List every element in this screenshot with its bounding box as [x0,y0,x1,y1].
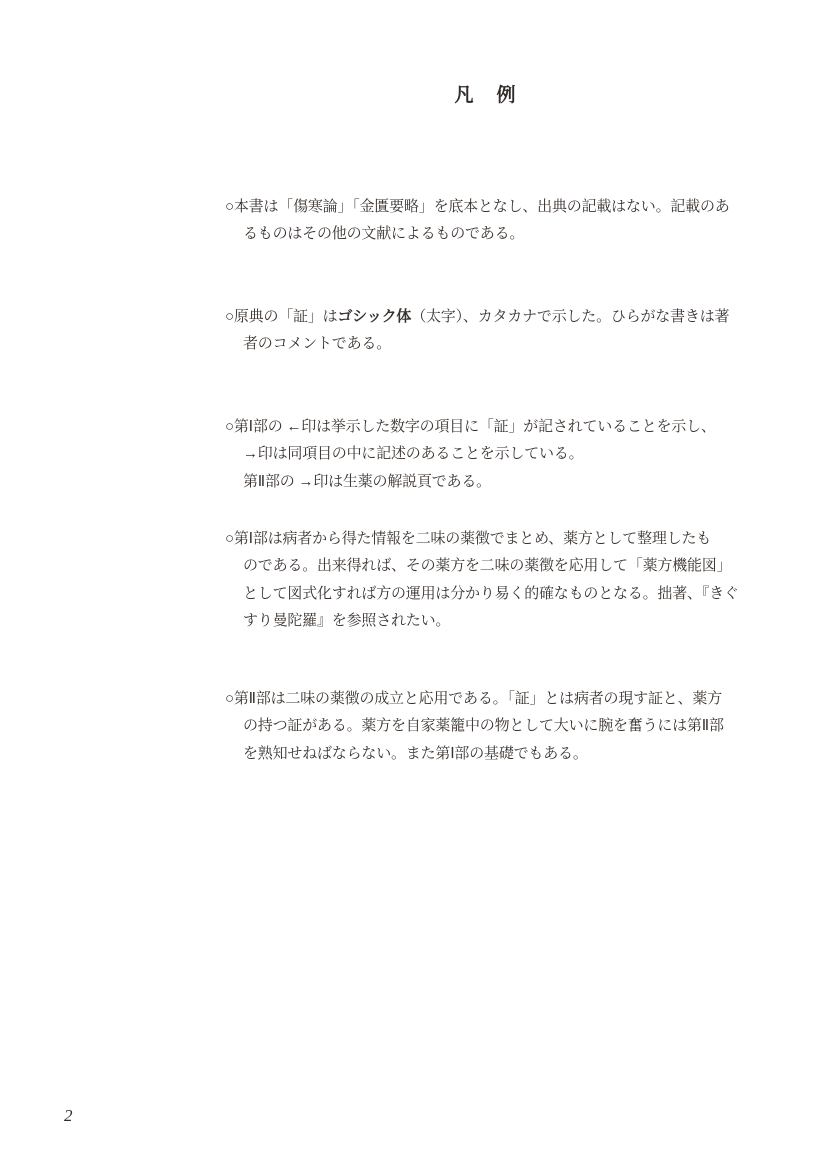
note-item-3: ○第Ⅰ部の ←印は挙示した数字の項目に「証」が記されていることを示し、→印は同項… [225,413,783,495]
note-text: 原典の「証」はゴシック体（太字）、カタカナで示した。ひらがな書きは著者のコメント… [234,308,729,352]
text-segment: →印は同項目の中に記述のあることを示している。 [243,445,583,462]
note-item-2: ○原典の「証」はゴシック体（太字）、カタカナで示した。ひらがな書きは著者のコメン… [225,303,783,358]
text-segment: の持つ証がある。薬方を自家薬籠中の物として大いに腕を奮うには第Ⅱ部 [243,717,724,734]
circle-marker: ○ [225,308,234,325]
note-item-4: ○第Ⅰ部は病者から得た情報を二味の薬徴でまとめ、薬方として整理したものである。出… [225,525,783,634]
note-text: 第Ⅰ部は病者から得た情報を二味の薬徴でまとめ、薬方として整理したものである。出来… [234,530,739,629]
text-segment: 第Ⅰ部は病者から得た情報を二味の薬徴でまとめ、薬方として整理したも [234,530,711,547]
text-segment: として図式化すれば方の運用は分かり易く的確なものとなる。拙著、『きぐ [243,585,739,602]
circle-marker: ○ [225,418,234,435]
text-segment: 第Ⅰ部の ←印は挙示した数字の項目に「証」が記されていることを示し、 [234,418,716,435]
text-segment: 第Ⅱ部は二味の薬徴の成立と応用である。「証」とは病者の現す証と、薬方 [234,690,722,707]
text-segment: を熟知せねばならない。また第Ⅰ部の基礎でもある。 [243,745,588,762]
book-page: 凡 例 ○本書は「傷寒論」「金匱要略」を底本となし、出典の記載はない。記載のある… [0,0,830,1172]
text-segment: 原典の「証」は [234,308,338,325]
text-segment: のである。出来得れば、その薬方を二味の薬徴を応用して「薬方機能図」 [243,557,731,574]
note-item-1: ○本書は「傷寒論」「金匱要略」を底本となし、出典の記載はない。記載のあるものはそ… [225,193,783,248]
note-item-5: ○第Ⅱ部は二味の薬徴の成立と応用である。「証」とは病者の現す証と、薬方の持つ証が… [225,685,783,767]
text-segment: 本書は「傷寒論」「金匱要略」を底本となし、出典の記載はない。記載のあ [234,198,730,215]
circle-marker: ○ [225,530,234,547]
note-text: 本書は「傷寒論」「金匱要略」を底本となし、出典の記載はない。記載のあるものはその… [234,198,730,242]
circle-marker: ○ [225,198,234,215]
note-text: 第Ⅰ部の ←印は挙示した数字の項目に「証」が記されていることを示し、→印は同項目… [234,418,716,490]
text-segment: 者のコメントである。 [243,335,391,352]
text-segment: るものはその他の文献によるものである。 [243,225,524,242]
page-title: 凡 例 [225,82,747,109]
circle-marker: ○ [225,690,234,707]
note-text: 第Ⅱ部は二味の薬徴の成立と応用である。「証」とは病者の現す証と、薬方の持つ証があ… [234,690,724,762]
text-segment: （太字）、カタカナで示した。ひらがな書きは著 [411,308,729,325]
bold-text-segment: ゴシック体 [337,308,411,325]
text-segment: すり曼陀羅』を参照されたい。 [243,612,450,629]
text-segment: 第Ⅱ部の →印は生薬の解説頁である。 [243,473,491,490]
page-number: 2 [64,1104,73,1128]
